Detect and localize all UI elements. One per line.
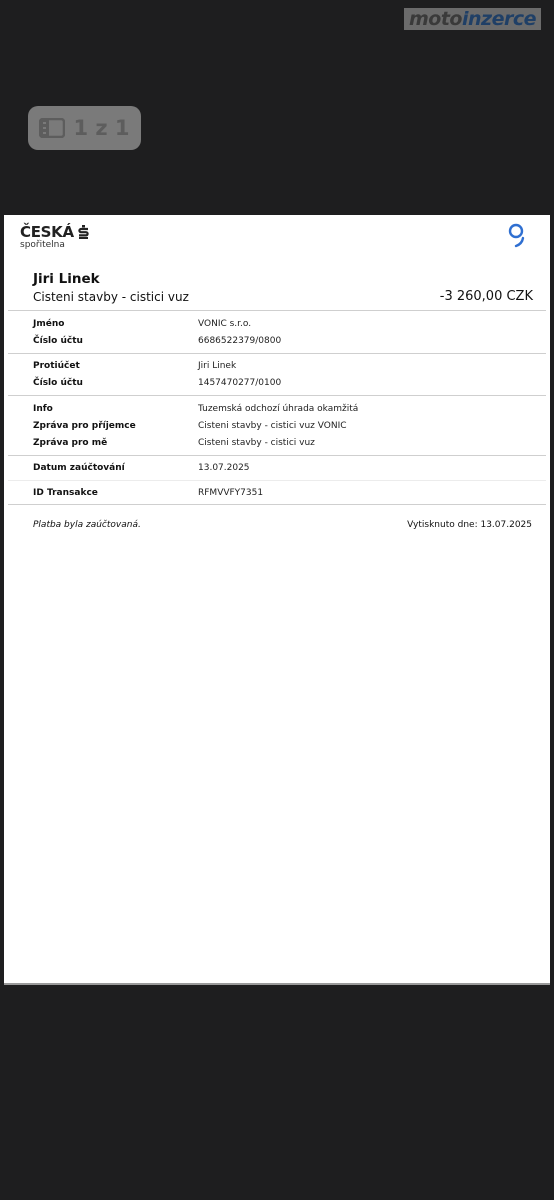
transaction-document: ČESKÁ spořitelna Jiri Linek Cisteni stav… bbox=[4, 215, 550, 985]
detail-row: Zpráva pro příjemce Cisteni stavby - cis… bbox=[33, 419, 540, 433]
divider bbox=[8, 504, 546, 505]
motoinzerce-watermark: motoinzerce bbox=[404, 8, 541, 30]
row-value: RFMVVFY7351 bbox=[198, 486, 263, 500]
row-label: Zpráva pro příjemce bbox=[33, 419, 136, 433]
row-label: Číslo účtu bbox=[33, 376, 83, 390]
printed-date: Vytisknuto dne: 13.07.2025 bbox=[407, 520, 532, 530]
row-value: VONIC s.r.o. bbox=[198, 317, 251, 331]
divider bbox=[8, 353, 546, 354]
row-label: Info bbox=[33, 402, 53, 416]
row-value: 13.07.2025 bbox=[198, 461, 250, 475]
detail-row: Protiúčet Jiri Linek bbox=[33, 359, 540, 373]
row-label: ID Transakce bbox=[33, 486, 98, 500]
divider bbox=[8, 310, 546, 311]
row-label: Číslo účtu bbox=[33, 334, 83, 348]
row-label: Protiúčet bbox=[33, 359, 80, 373]
cs-s-logo-icon bbox=[78, 225, 89, 239]
row-value: Cisteni stavby - cistici vuz bbox=[198, 436, 315, 450]
divider bbox=[8, 455, 546, 456]
detail-row: Info Tuzemská odchozí úhrada okamžitá bbox=[33, 402, 540, 416]
divider bbox=[8, 480, 546, 481]
watermark-part1: moto bbox=[409, 8, 462, 30]
payee-name: Jiri Linek bbox=[33, 271, 100, 287]
row-value: 1457470277/0100 bbox=[198, 376, 281, 390]
detail-row: Jméno VONIC s.r.o. bbox=[33, 317, 540, 331]
row-value: Cisteni stavby - cistici vuz VONIC bbox=[198, 419, 347, 433]
sidebar-pages-icon bbox=[39, 118, 65, 138]
george-logo-icon bbox=[508, 221, 526, 253]
watermark-part2: inzerce bbox=[462, 8, 536, 30]
payment-status: Platba byla zaúčtovaná. bbox=[33, 520, 141, 530]
row-value: Tuzemská odchozí úhrada okamžitá bbox=[198, 402, 358, 416]
detail-row: ID Transakce RFMVVFY7351 bbox=[33, 486, 540, 500]
payment-amount: -3 260,00 CZK bbox=[440, 289, 533, 304]
detail-row: Číslo účtu 1457470277/0100 bbox=[33, 376, 540, 390]
row-value: Jiri Linek bbox=[198, 359, 236, 373]
bank-name: ČESKÁ bbox=[20, 224, 74, 240]
bank-subtitle: spořitelna bbox=[20, 240, 89, 251]
detail-row: Datum zaúčtování 13.07.2025 bbox=[33, 461, 540, 475]
row-value: 6686522379/0800 bbox=[198, 334, 281, 348]
payment-description: Cisteni stavby - cistici vuz bbox=[33, 290, 189, 304]
row-label: Datum zaúčtování bbox=[33, 461, 125, 475]
row-label: Zpráva pro mě bbox=[33, 436, 107, 450]
detail-row: Číslo účtu 6686522379/0800 bbox=[33, 334, 540, 348]
ceska-sporitelna-logo: ČESKÁ spořitelna bbox=[20, 224, 89, 251]
divider bbox=[8, 395, 546, 396]
detail-row: Zpráva pro mě Cisteni stavby - cistici v… bbox=[33, 436, 540, 450]
page-counter-text: 1 z 1 bbox=[73, 116, 129, 140]
page-counter-badge[interactable]: 1 z 1 bbox=[28, 106, 141, 150]
row-label: Jméno bbox=[33, 317, 64, 331]
